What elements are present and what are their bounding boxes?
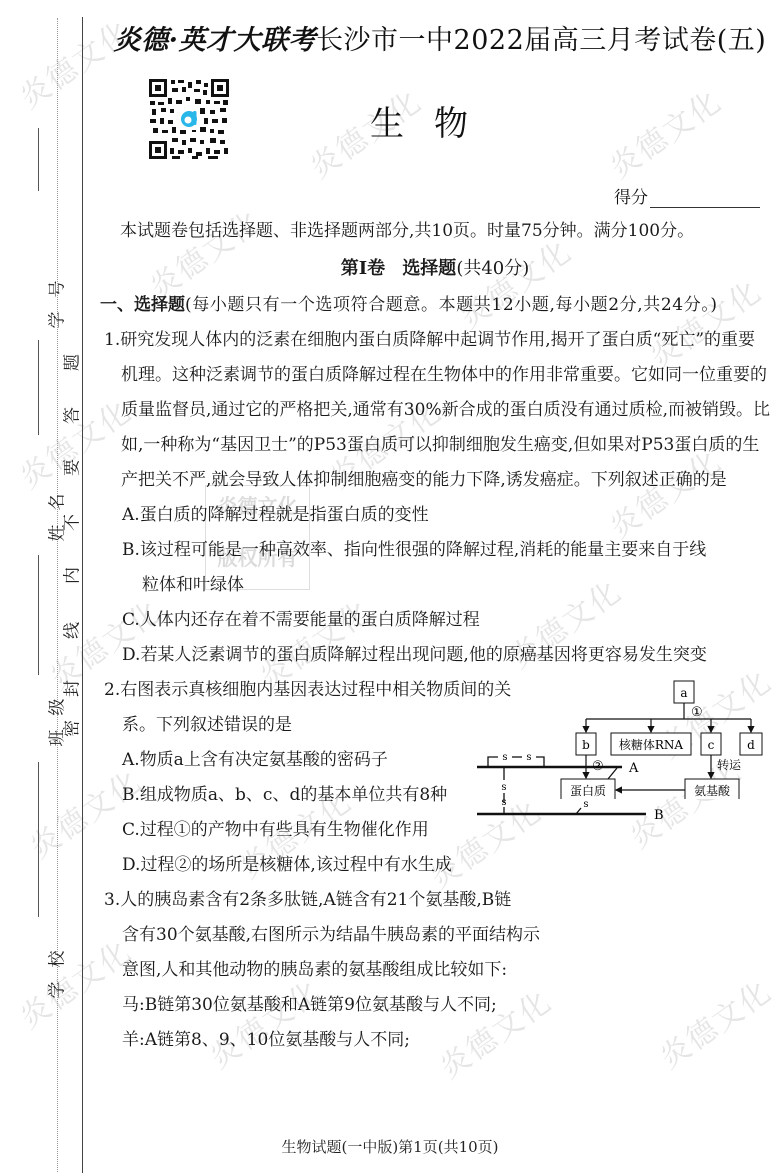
seal-char: 线 — [58, 621, 83, 641]
margin-rule — [82, 17, 83, 1173]
option-a[interactable]: A.物质a上含有决定氨基酸的密码子 — [100, 743, 560, 778]
option-label: A. — [122, 505, 140, 525]
transport-label: 转运 — [717, 757, 742, 772]
section-name: 选择题 — [402, 258, 456, 279]
question-number: 3. — [104, 890, 120, 910]
exam-title: 炎德·英才大联考长沙市一中2022届高三月考试卷(五) — [100, 18, 780, 57]
option-d[interactable]: D.过程②的场所是核糖体,该过程中有水生成 — [100, 848, 560, 883]
option-a[interactable]: A.蛋白质的降解过程就是指蛋白质的变性 — [100, 498, 770, 533]
option-text: 蛋白质的降解过程就是指蛋白质的变性 — [140, 505, 429, 525]
comparison-sheep: 羊:A链第8、9、10位氨基酸与人不同; — [100, 1023, 570, 1058]
exam-intro: 本试题卷包括选择题、非选择题两部分,共10页。时量75分钟。满分100分。 — [100, 214, 770, 249]
field-line — [38, 340, 39, 435]
question-stem-cont: 系。下列叙述错误的是 — [100, 708, 560, 743]
node-b: b — [582, 738, 590, 752]
option-text: 过程①的产物中有些具有生物催化作用 — [140, 820, 429, 840]
option-text: 若某人泛素调节的蛋白质降解过程出现问题,他的原癌基因将更容易发生突变 — [140, 645, 706, 665]
option-text: 人体内还存在着不需要能量的蛋白质降解过程 — [140, 610, 480, 630]
node-c: c — [708, 738, 715, 752]
question-stem-cont: 意图,人和其他动物的胰岛素的氨基酸组成比较如下: — [100, 953, 570, 988]
option-text: 物质a上含有决定氨基酸的密码子 — [140, 750, 388, 770]
field-line — [38, 555, 39, 675]
field-line — [38, 762, 39, 917]
qr-code-icon[interactable] — [148, 78, 230, 160]
field-line — [38, 128, 39, 191]
exam-title-rest: 长沙市一中2022届高三月考试卷(五) — [316, 25, 766, 56]
node-d: d — [747, 738, 755, 752]
option-label: D. — [122, 645, 140, 665]
option-label: B. — [122, 785, 140, 805]
question-number: 2. — [104, 680, 120, 700]
question-group-header: 一、选择题(每小题只有一个选项符合题意。本题共12小题,每小题2分,共24分。) — [100, 288, 770, 323]
option-text: 组成物质a、b、c、d的基本单位共有8种 — [140, 785, 447, 805]
option-d[interactable]: D.若某人泛素调节的蛋白质降解过程出现问题,他的原癌基因将更容易发生突变 — [100, 638, 770, 673]
seal-char: 答 — [58, 406, 83, 426]
question-1: 1.研究发现人体内的泛素在细胞内蛋白质降解中起调节作用,揭开了蛋白质“死亡”的重… — [104, 323, 770, 498]
gene-expression-diagram: a b 核糖体RNA c d 蛋白质 氨基酸 ① ② 转运 — [558, 679, 768, 799]
watermark: 炎德文化 — [599, 77, 729, 186]
process-1-label: ① — [691, 705, 703, 720]
option-b[interactable]: B.该过程可能是一种高效率、指向性很强的降解过程,消耗的能量主要来自于线 — [100, 533, 770, 568]
comparison-horse: 马:B链第30位氨基酸和A链第9位氨基酸与人不同; — [100, 988, 570, 1023]
option-c[interactable]: C.过程①的产物中有些具有生物催化作用 — [100, 813, 560, 848]
question-2: 2.右图表示真核细胞内基因表达过程中相关物质间的关 系。下列叙述错误的是 A.物… — [100, 673, 770, 883]
node-a: a — [680, 686, 687, 700]
field-label-student-id: 学号 — [43, 267, 68, 329]
option-c[interactable]: C.人体内还存在着不需要能量的蛋白质降解过程 — [100, 603, 770, 638]
option-label: C. — [122, 610, 140, 630]
field-label-school: 学校 — [43, 937, 68, 999]
question-stem: 研究发现人体内的泛素在细胞内蛋白质降解中起调节作用,揭开了蛋白质“死亡”的重要机… — [120, 330, 770, 490]
option-b-continued: 粒体和叶绿体 — [100, 568, 770, 603]
page-footer: 生物试题(一中版)第1页(共10页) — [0, 1136, 780, 1157]
seal-char: 密 — [58, 719, 83, 739]
option-text: 过程②的场所是核糖体,该过程中有水生成 — [140, 855, 451, 875]
option-label: A. — [122, 750, 140, 770]
seal-char: 不 — [58, 513, 83, 533]
question-stem: 右图表示真核细胞内基因表达过程中相关物质间的关 — [120, 680, 511, 700]
option-label: C. — [122, 820, 140, 840]
section-title: 第Ⅰ卷 选择题(共40分) — [100, 251, 770, 286]
question-stem-cont: 含有30个氨基酸,右图所示为结晶牛胰岛素的平面结构示 — [100, 918, 570, 953]
score-label: 得分 — [614, 188, 648, 208]
score-blank[interactable] — [650, 189, 760, 208]
process-2-label: ② — [592, 759, 604, 774]
node-protein: 蛋白质 — [570, 783, 606, 798]
seal-char: 题 — [58, 353, 83, 373]
exam-brand: 炎德·英才大联考 — [114, 25, 316, 56]
question-3: 3.人的胰岛素含有2条多肽链,A链含有21个氨基酸,B链 含有30个氨基酸,右图… — [100, 883, 570, 1058]
exam-content: 本试题卷包括选择题、非选择题两部分,共10页。时量75分钟。满分100分。 第Ⅰ… — [100, 214, 770, 1058]
group-label: 一、选择题 — [100, 295, 185, 315]
score-field: 得分 — [614, 183, 760, 208]
section-points: (共40分) — [456, 258, 529, 279]
seal-dotted-line — [57, 18, 58, 1173]
group-note: (每小题只有一个选项符合题意。本题共12小题,每小题2分,共24分。) — [185, 295, 718, 315]
option-label: B. — [122, 540, 140, 560]
node-amino-acid: 氨基酸 — [694, 784, 731, 798]
question-number: 1. — [104, 330, 120, 350]
seal-char: 要 — [58, 458, 83, 478]
node-rrna: 核糖体RNA — [619, 737, 684, 752]
option-b[interactable]: B.组成物质a、b、c、d的基本单位共有8种 — [100, 778, 560, 813]
question-stem: 人的胰岛素含有2条多肽链,A链含有21个氨基酸,B链 — [120, 890, 511, 910]
option-text: 该过程可能是一种高效率、指向性很强的降解过程,消耗的能量主要来自于线 — [140, 540, 706, 560]
section-label: 第Ⅰ卷 — [341, 258, 385, 279]
seal-char: 封 — [58, 679, 83, 699]
subject-title: 生物 — [370, 96, 498, 145]
seal-char: 内 — [58, 566, 83, 586]
option-label: D. — [122, 855, 140, 875]
